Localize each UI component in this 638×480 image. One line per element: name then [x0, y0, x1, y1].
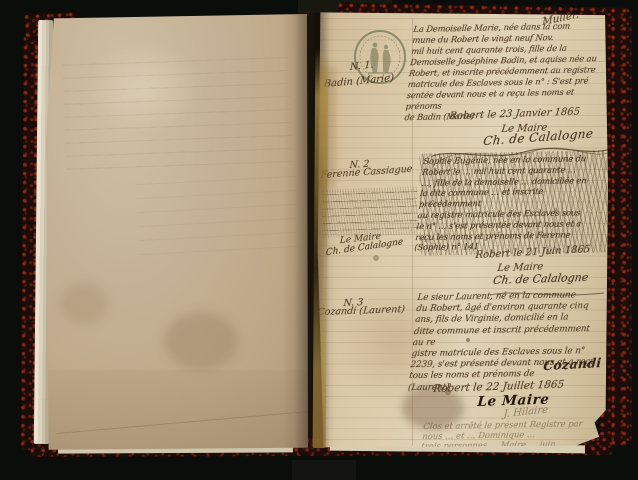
left-page-blank — [46, 14, 308, 452]
entry2-margin-note-scribble — [321, 186, 419, 237]
entry2-margin-name: Ferenne Cassiague — [320, 163, 427, 181]
right-page: Muller. N. 1. Badin (Marie) La Demoisell… — [316, 8, 608, 450]
stain — [60, 282, 108, 324]
entry3-new-surname: Cozandi — [543, 355, 602, 373]
entry3-body-text: Le sieur Laurent, né en la commune du Ro… — [407, 290, 606, 394]
stain — [46, 370, 308, 452]
crossed-out-overlay — [419, 150, 609, 255]
ink-bleedthrough — [62, 48, 292, 178]
ink-bleedthrough — [136, 172, 300, 264]
scanned-register-photo: Muller. N. 1. Badin (Marie) La Demoisell… — [0, 0, 638, 480]
stain — [164, 312, 238, 370]
binding-tape — [313, 48, 329, 448]
background-patch — [292, 460, 356, 480]
